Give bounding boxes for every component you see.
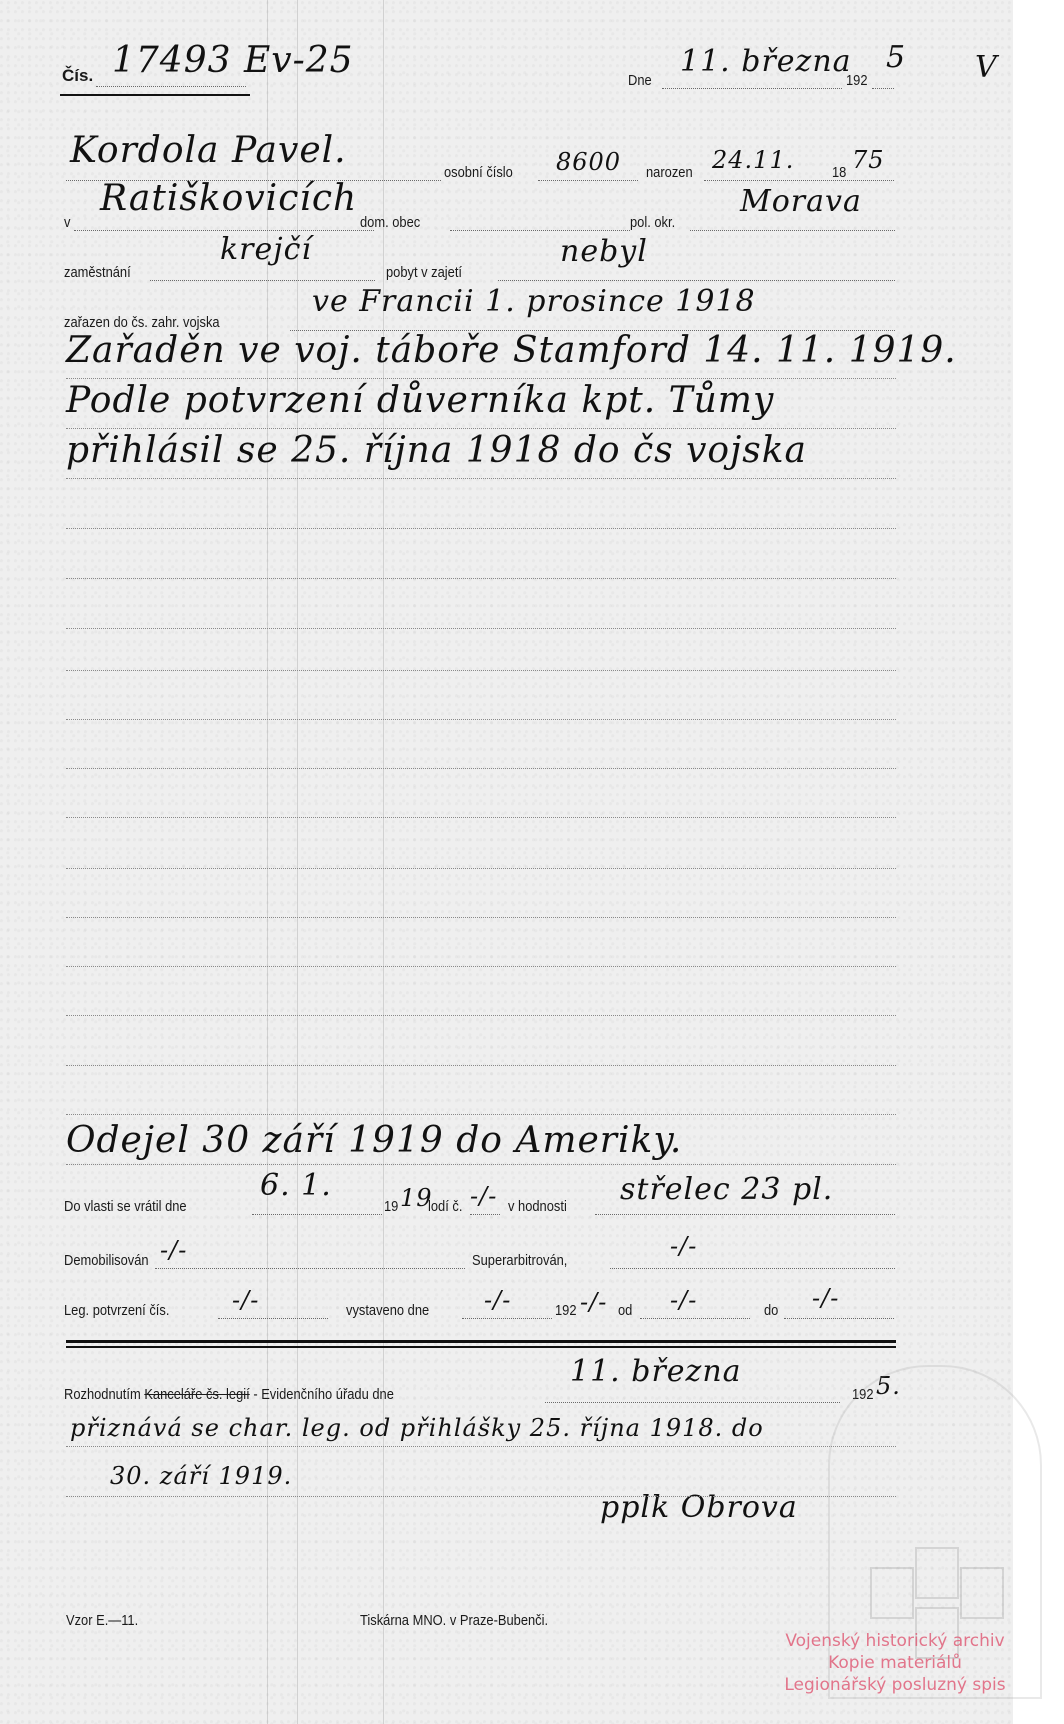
check-mark: V: [975, 50, 998, 85]
born-year-prefix: 18: [832, 164, 846, 181]
personal-number: 8600: [556, 148, 621, 176]
return-label: Do vlasti se vrátil dne: [64, 1198, 187, 1215]
assigned-value: ve Francii 1. prosince 1918: [312, 284, 756, 319]
captivity-label: pobyt v zajetí: [386, 264, 462, 281]
from-label: od: [618, 1302, 632, 1319]
decision-text-line: přiznává se char. leg. od přihlášky 25. …: [70, 1414, 764, 1442]
legion-confirmation-value: -/-: [232, 1286, 259, 1314]
archive-stamp: Vojenský historický archiv Kopie materiá…: [745, 1630, 1045, 1696]
home-municipality-label: dom. obec: [360, 214, 420, 231]
to-value: -/-: [812, 1284, 839, 1312]
year-suffix: 5: [886, 40, 906, 75]
superarbitration-value: -/-: [670, 1232, 697, 1260]
place-prefix: v: [64, 214, 70, 231]
district-value: Morava: [740, 184, 862, 219]
occupation-label: zaměstnání: [64, 264, 131, 281]
legion-confirmation-label: Leg. potvrzení čís.: [64, 1302, 169, 1319]
note-line: přihlásil se 25. října 1918 do čs vojska: [66, 430, 807, 471]
return-year-prefix: 19: [384, 1198, 398, 1215]
place-value: Ratiškovicích: [100, 178, 357, 219]
born-label: narozen: [646, 164, 693, 181]
rank-label: v hodnosti: [508, 1198, 567, 1215]
ship-value: -/-: [470, 1182, 497, 1210]
note-line: Podle potvrzení důverníka kpt. Tůmy: [66, 380, 774, 421]
demobilization-value: -/-: [160, 1236, 187, 1264]
issued-label: vystaveno dne: [346, 1302, 429, 1319]
form-code: Vzor E.—11.: [66, 1612, 138, 1629]
printer-name: Tiskárna MNO. v Praze-Bubenči.: [360, 1612, 548, 1629]
decision-date: 11. března: [570, 1354, 742, 1389]
divider: [66, 1340, 896, 1343]
person-name: Kordola Pavel.: [70, 130, 347, 171]
divider: [66, 1346, 896, 1348]
struck-office-name: Kanceláře čs. legií: [144, 1386, 249, 1403]
issued-value: -/-: [484, 1286, 511, 1314]
ship-label: lodí č.: [428, 1198, 462, 1215]
superarbitration-label: Superarbitrován,: [472, 1252, 567, 1269]
number-label: Čís.: [62, 66, 93, 86]
return-date: 6. 1.: [260, 1168, 332, 1203]
decision-prefix: Rozhodnutím Kanceláře čs. legií - Eviden…: [64, 1386, 394, 1403]
issued-year-suffix: -/-: [580, 1288, 607, 1316]
demobilization-label: Demobilisován: [64, 1252, 149, 1269]
district-label: pol. okr.: [630, 214, 675, 231]
fold-line: [383, 0, 384, 1724]
issued-year-prefix: 192: [555, 1302, 577, 1319]
note-line: Zařaděn ve voj. táboře Stamford 14. 11. …: [66, 330, 957, 371]
born-value: 24.11.: [712, 146, 794, 174]
decision-text-line: 30. září 1919.: [110, 1462, 292, 1490]
captivity-value: nebyl: [560, 234, 648, 269]
from-value: -/-: [670, 1286, 697, 1314]
assigned-label: zařazen do čs. zahr. vojska: [64, 314, 220, 331]
document-page: Čís. 17493 Ev-25 Dne 11. března 192 5 V …: [0, 0, 1013, 1724]
number-value: 17493 Ev-25: [112, 40, 354, 81]
date-value: 11. března: [680, 44, 852, 79]
rank-value: střelec 23 pl.: [620, 1172, 833, 1207]
departure-note: Odejel 30 září 1919 do Ameriky.: [66, 1120, 682, 1161]
number-underline: [60, 94, 250, 96]
year-prefix: 192: [846, 72, 868, 89]
date-label: Dne: [628, 72, 652, 89]
occupation-value: krejčí: [220, 232, 312, 267]
personal-number-label: osobní číslo: [444, 164, 513, 181]
born-year-suffix: 75: [852, 146, 885, 174]
to-label: do: [764, 1302, 778, 1319]
